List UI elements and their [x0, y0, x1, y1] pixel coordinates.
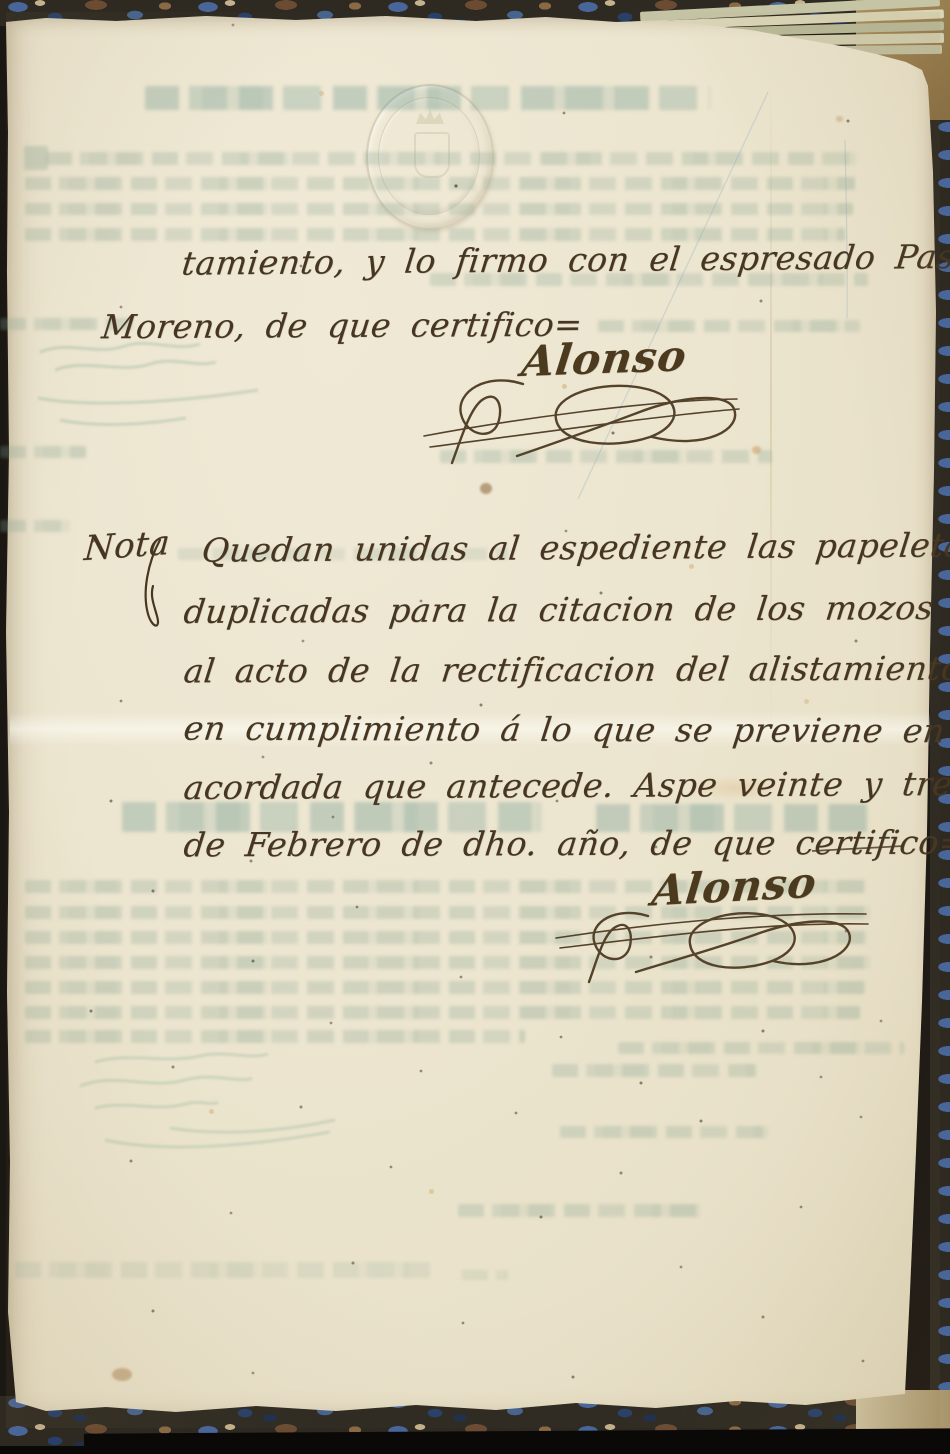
handwriting-line: al acto de la rectificacion del alistami… — [182, 649, 950, 691]
bleed-through-row — [552, 1064, 757, 1077]
bleed-through-row — [25, 956, 870, 969]
signature: Alonso — [519, 331, 690, 386]
bleed-through-row — [598, 320, 860, 332]
handwriting-line: acordada que antecede. Aspe veinte y tre… — [182, 764, 950, 807]
bleed-through-row — [0, 446, 86, 458]
bleed-through-row — [618, 1042, 904, 1054]
signature: Alonso — [650, 858, 820, 916]
handwriting-line: tamiento, y lo firmo con el espresado Pa… — [180, 236, 950, 282]
handwriting-line: Quedan unidas al espediente las papeleta… — [200, 525, 950, 569]
bleed-through-row — [25, 981, 865, 994]
handwriting-line: en cumplimiento á lo que se previene en … — [182, 709, 950, 751]
manuscript-scan: tamiento, y lo firmo con el espresado Pa… — [0, 0, 950, 1454]
bleed-through-row — [25, 931, 867, 944]
bleed-through-heading — [145, 86, 710, 110]
stain — [480, 483, 492, 494]
bleed-through-row — [560, 1126, 768, 1138]
handwriting-line: Moreno, de que certifico= — [100, 305, 585, 347]
stain — [836, 116, 843, 122]
bleed-through-row — [25, 1030, 525, 1043]
handwriting-line: duplicadas para la citacion de los mozos — [182, 588, 936, 631]
bleed-through-dropcap — [24, 146, 48, 170]
bleed-through-row — [25, 1006, 860, 1019]
foxing-fleck-layer — [0, 0, 3, 3]
handwriting-line: de Febrero de dho. año, de que certifico… — [182, 823, 950, 865]
bleed-through-row — [440, 450, 772, 463]
bleed-through-row — [25, 203, 853, 215]
bleed-through-row — [458, 1204, 700, 1217]
nota-label: Nota — [83, 523, 172, 569]
bleed-through-row — [0, 520, 70, 532]
bleed-through-row — [462, 1270, 508, 1280]
scan-background-base — [0, 1446, 950, 1454]
bleed-through-row — [25, 177, 855, 190]
bleed-through-row — [15, 1262, 439, 1278]
bleed-through-row — [46, 152, 856, 165]
stain — [112, 1368, 132, 1381]
stain — [752, 446, 761, 454]
